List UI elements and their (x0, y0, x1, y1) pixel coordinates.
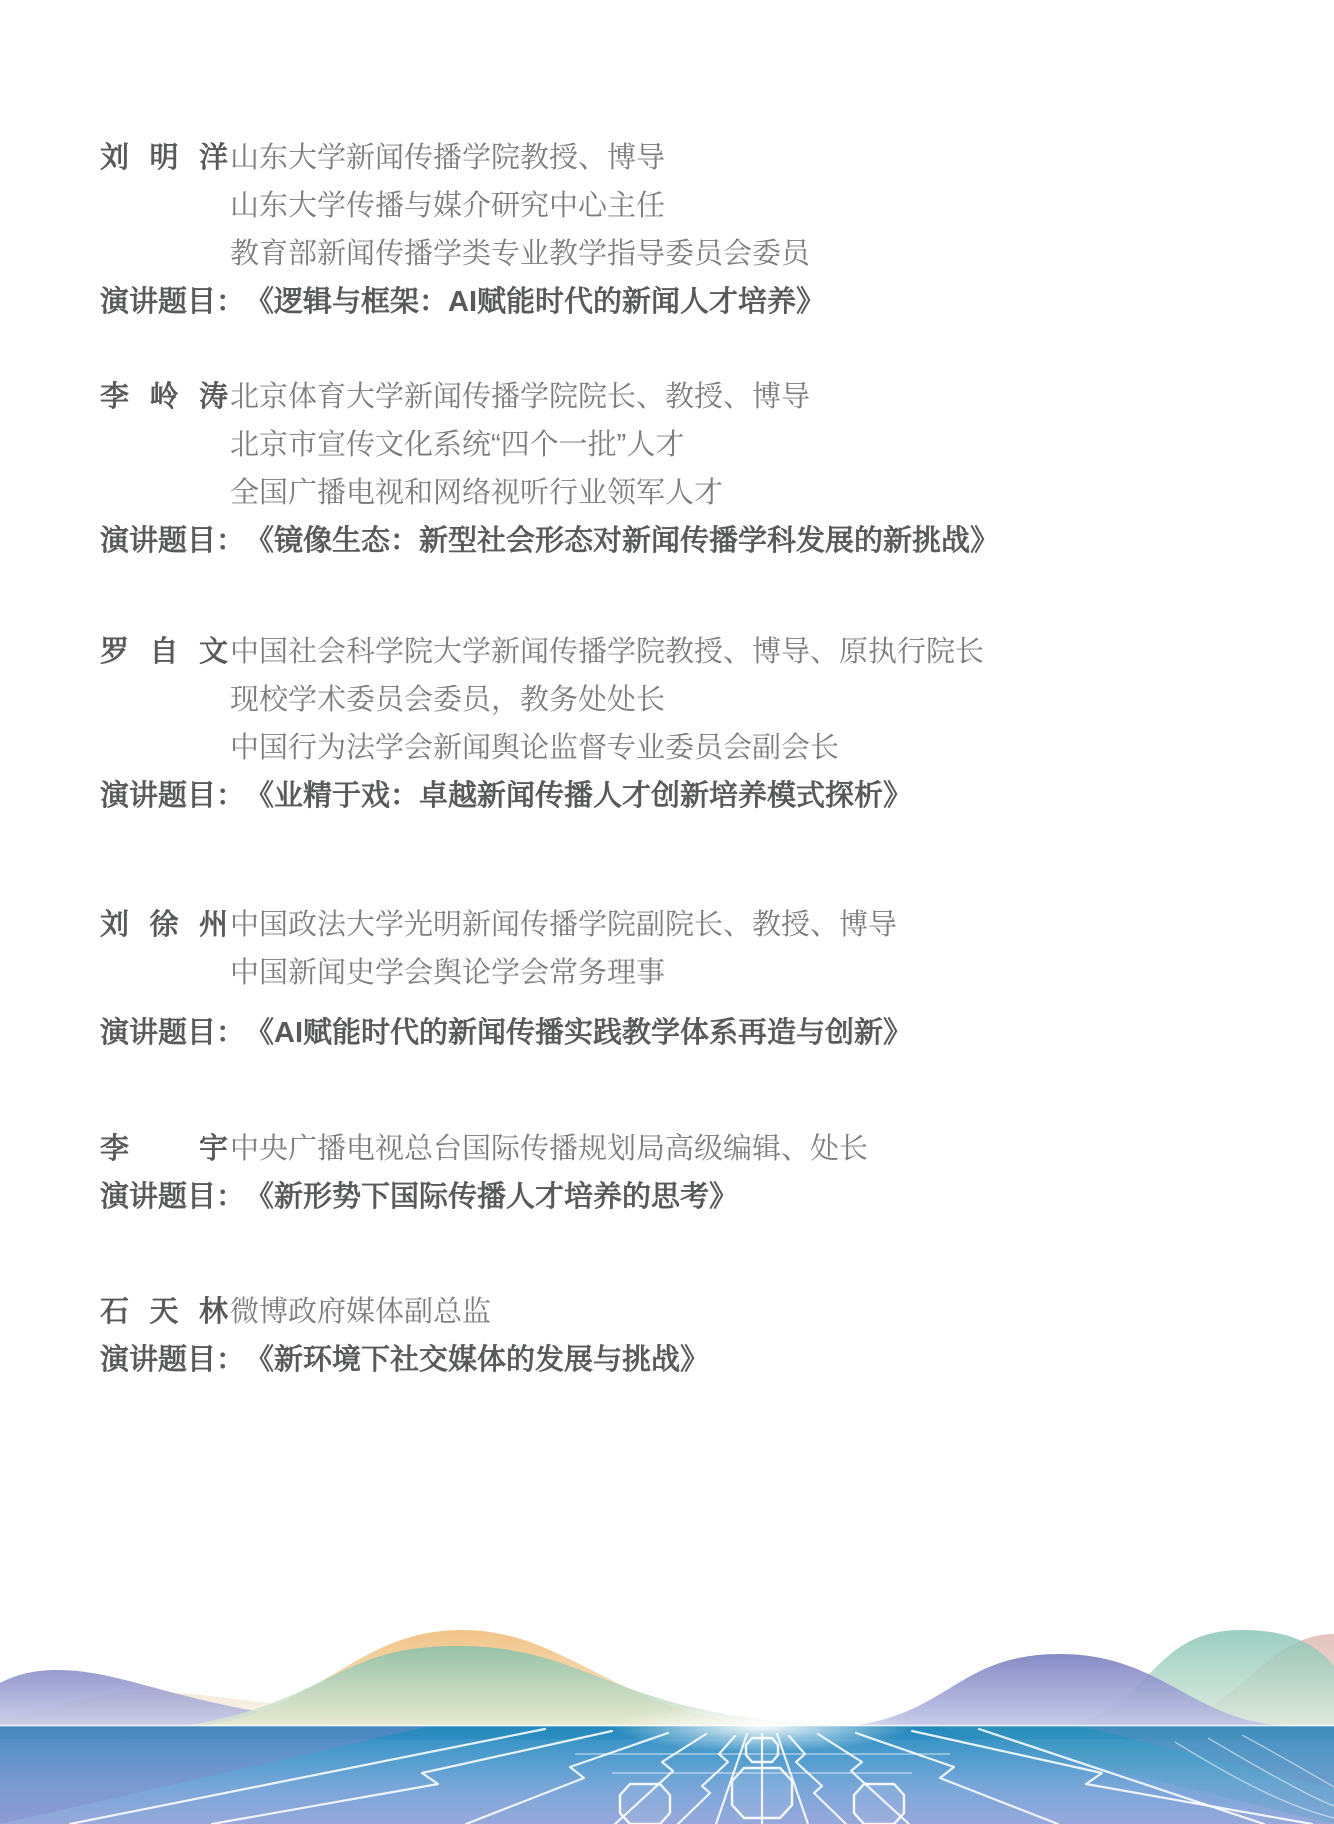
speaker-row: 山东大学传播与媒介研究中心主任 (100, 182, 1274, 230)
speaker-row: 刘明洋 山东大学新闻传播学院教授、博导 (100, 134, 1274, 182)
talk-title-label: 演讲题目： (100, 517, 245, 565)
horizon-line (0, 1725, 1334, 1727)
talk-title: 《业精于戏：卓越新闻传播人才创新培养模式探析》 (245, 772, 912, 820)
speaker-list: 刘明洋 山东大学新闻传播学院教授、博导 山东大学传播与媒介研究中心主任 教育部新… (100, 134, 1274, 1384)
talk-title-label: 演讲题目： (100, 772, 245, 820)
speaker-row: 现校学术委员会委员，教务处处长 (100, 676, 1274, 724)
talk-title-label: 演讲题目： (100, 278, 245, 326)
speaker-row: 教育部新闻传播学类专业教学指导委员会委员 (100, 230, 1274, 278)
speaker-bio-line: 北京体育大学新闻传播学院院长、教授、博导 (230, 373, 810, 421)
speaker-row: 罗自文 中国社会科学院大学新闻传播学院教授、博导、原执行院长 (100, 628, 1274, 676)
talk-title: 《新形势下国际传播人才培养的思考》 (245, 1173, 738, 1221)
speaker-row: 刘徐州 中国政法大学光明新闻传播学院副院长、教授、博导 (100, 901, 1274, 949)
speaker-bio-line: 教育部新闻传播学类专业教学指导委员会委员 (230, 230, 810, 278)
talk-title-row: 演讲题目： 《业精于戏：卓越新闻传播人才创新培养模式探析》 (100, 772, 1274, 820)
talk-title-row: 演讲题目： 《镜像生态：新型社会形态对新闻传播学科发展的新挑战》 (100, 517, 1274, 565)
talk-title-label: 演讲题目： (100, 1009, 245, 1057)
talk-title-row: 演讲题目： 《新环境下社交媒体的发展与挑战》 (100, 1336, 1274, 1384)
speaker-bio-line: 中国行为法学会新闻舆论监督专业委员会副会长 (230, 724, 839, 772)
talk-title: 《新环境下社交媒体的发展与挑战》 (245, 1336, 709, 1384)
speaker-row: 全国广播电视和网络视听行业领军人才 (100, 469, 1274, 517)
talk-title: 《逻辑与框架：AI赋能时代的新闻人才培养》 (245, 278, 825, 326)
speaker-entry: 李岭涛 北京体育大学新闻传播学院院长、教授、博导 北京市宣传文化系统“四个一批”… (100, 373, 1274, 565)
speaker-entry: 罗自文 中国社会科学院大学新闻传播学院教授、博导、原执行院长 现校学术委员会委员… (100, 628, 1274, 820)
talk-title-row: 演讲题目： 《逻辑与框架：AI赋能时代的新闻人才培养》 (100, 278, 1274, 326)
talk-title-label: 演讲题目： (100, 1173, 245, 1221)
speaker-name: 刘明洋 (100, 134, 228, 182)
speaker-row: 李岭涛 北京体育大学新闻传播学院院长、教授、博导 (100, 373, 1274, 421)
speaker-bio-line: 全国广播电视和网络视听行业领军人才 (230, 469, 723, 517)
speaker-row: 中国新闻史学会舆论学会常务理事 (100, 949, 1274, 997)
speaker-row: 北京市宣传文化系统“四个一批”人才 (100, 421, 1274, 469)
talk-title-row: 演讲题目： 《AI赋能时代的新闻传播实践教学体系再造与创新》 (100, 1009, 1274, 1057)
speaker-name: 罗自文 (100, 628, 228, 676)
speaker-name: 李岭涛 (100, 373, 228, 421)
talk-title-label: 演讲题目： (100, 1336, 245, 1384)
talk-title: 《镜像生态：新型社会形态对新闻传播学科发展的新挑战》 (245, 517, 999, 565)
speaker-bio-line: 中国政法大学光明新闻传播学院副院长、教授、博导 (230, 901, 897, 949)
speaker-row: 中国行为法学会新闻舆论监督专业委员会副会长 (100, 724, 1274, 772)
speaker-bio-line: 中央广播电视总台国际传播规划局高级编辑、处长 (230, 1125, 868, 1173)
speaker-bio-line: 山东大学传播与媒介研究中心主任 (230, 182, 665, 230)
speaker-entry: 刘徐州 中国政法大学光明新闻传播学院副院长、教授、博导 中国新闻史学会舆论学会常… (100, 901, 1274, 1057)
talk-title: 《AI赋能时代的新闻传播实践教学体系再造与创新》 (245, 1009, 912, 1057)
speaker-entry: 李宇 中央广播电视总台国际传播规划局高级编辑、处长 演讲题目： 《新形势下国际传… (100, 1125, 1274, 1221)
speaker-name: 李宇 (100, 1125, 228, 1173)
speaker-bio-line: 山东大学新闻传播学院教授、博导 (230, 134, 665, 182)
speaker-bio-line: 北京市宣传文化系统“四个一批”人才 (230, 421, 684, 469)
speaker-bio-line: 微博政府媒体副总监 (230, 1288, 491, 1336)
talk-title-row: 演讲题目： 《新形势下国际传播人才培养的思考》 (100, 1173, 1274, 1221)
footer-mountain-circuit-artwork (0, 1584, 1334, 1824)
speaker-bio-line: 中国新闻史学会舆论学会常务理事 (230, 949, 665, 997)
speaker-bio-line: 中国社会科学院大学新闻传播学院教授、博导、原执行院长 (230, 628, 984, 676)
speaker-bio-line: 现校学术委员会委员，教务处处长 (230, 676, 665, 724)
speaker-name: 石天林 (100, 1288, 228, 1336)
speaker-entry: 刘明洋 山东大学新闻传播学院教授、博导 山东大学传播与媒介研究中心主任 教育部新… (100, 134, 1274, 326)
speaker-entry: 石天林 微博政府媒体副总监 演讲题目： 《新环境下社交媒体的发展与挑战》 (100, 1288, 1274, 1384)
speaker-name: 刘徐州 (100, 901, 228, 949)
speaker-row: 李宇 中央广播电视总台国际传播规划局高级编辑、处长 (100, 1125, 1274, 1173)
speaker-row: 石天林 微博政府媒体副总监 (100, 1288, 1274, 1336)
